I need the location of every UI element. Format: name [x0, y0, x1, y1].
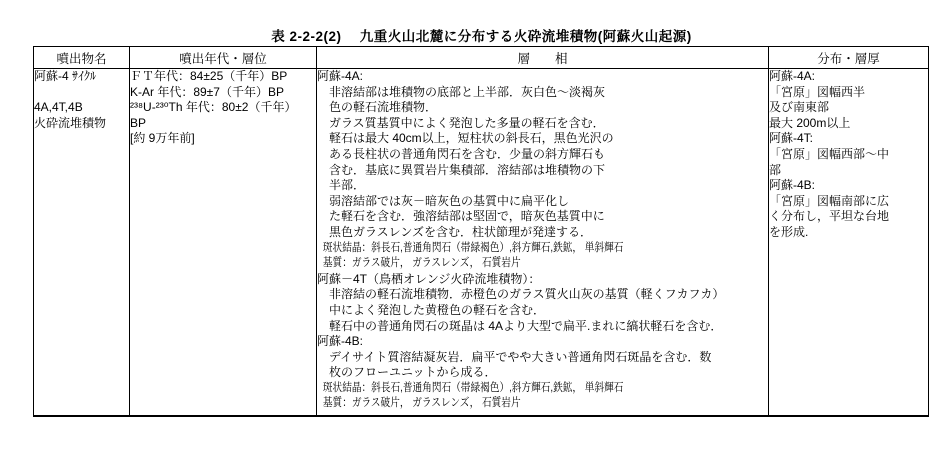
text-line: 非溶結部は堆積物の底部と上半部．灰白色〜淡褐灰 [317, 85, 768, 101]
text-line: ガラス質基質中によく発泡した多量の軽石を含む． [317, 116, 768, 132]
text-line: 阿蘇-4A: [769, 69, 928, 85]
text-line: 黒色ガラスレンズを含む．柱状節理が発達する． [317, 225, 768, 241]
text-line: 色の軽石流堆積物． [317, 100, 768, 116]
text-line: 「宮原」図幅西部〜中 [769, 147, 928, 163]
text-line: 及び南東部 [769, 100, 928, 116]
table-body: 阿蘇-4 ｻｲｸﾙ 4A,4T,4B火砕流堆積物 ＦＴ年代：84±25（千年）B… [34, 69, 929, 417]
cell-distribution-thickness: 阿蘇-4A:「宮原」図幅西半及び南東部最大 200m以上阿蘇-4T:「宮原」図幅… [769, 69, 929, 417]
document-page: 表 2-2-2(2) 九重火山北麓に分布する火砕流堆積物(阿蘇火山起源) 噴出物… [0, 0, 933, 465]
pyroclastic-deposit-table: 噴出物名 噴出年代・層位 層 相 分布・層厚 阿蘇-4 ｻｲｸﾙ 4A,4T,4… [33, 46, 929, 417]
col-header-eruption-age: 噴出年代・層位 [130, 47, 317, 69]
cell-facies: 阿蘇-4A:非溶結部は堆積物の底部と上半部．灰白色〜淡褐灰色の軽石流堆積物．ガラ… [317, 69, 769, 417]
text-line: た軽石を含む．強溶結部は堅固で，暗灰色基質中に [317, 209, 768, 225]
text-line: K-Ar 年代：89±7（千年）BP [130, 85, 316, 101]
text-line: 阿蘇-4A: [317, 69, 768, 85]
text-line: 最大 200m以上 [769, 116, 928, 132]
text-line: 中によく発泡した黄橙色の軽石を含む． [317, 303, 768, 319]
col-header-distribution-thickness: 分布・層厚 [769, 47, 929, 69]
text-line: 阿蘇－4T（鳥栖オレンジ火砕流堆積物）： [317, 272, 768, 288]
table-header-row: 噴出物名 噴出年代・層位 層 相 分布・層厚 [34, 47, 929, 69]
text-line: 軽石は最大 40cm以上，短柱状の斜長石，黒色光沢の [317, 131, 768, 147]
cell-eruption-age: ＦＴ年代：84±25（千年）BPK-Ar 年代：89±7（千年）BP²³⁸U-²… [130, 69, 317, 417]
text-line: 斑状結晶：斜長石,普通角閃石（帯緑褐色）,斜方輝石,鉄鉱， 単斜輝石 [317, 381, 696, 397]
col-header-facies: 層 相 [317, 47, 769, 69]
text-line: ある長柱状の普通角閃石を含む．少量の斜方輝石も [317, 147, 768, 163]
text-line: 阿蘇-4B: [317, 334, 768, 350]
text-line: 阿蘇-4T: [769, 131, 928, 147]
text-line: 阿蘇-4 ｻｲｸﾙ [34, 69, 129, 85]
text-line: 「宮原」図幅西半 [769, 85, 928, 101]
text-line: 半部． [317, 178, 768, 194]
text-line: BP [130, 116, 316, 132]
text-line: 阿蘇-4B: [769, 178, 928, 194]
text-line: 部 [769, 163, 928, 179]
text-line: く分布し，平坦な台地 [769, 209, 928, 225]
text-line: 「宮原」図幅南部に広 [769, 194, 928, 210]
document-title: 表 2-2-2(2) 九重火山北麓に分布する火砕流堆積物(阿蘇火山起源) [33, 25, 930, 45]
text-line: 含む．基底に異質岩片集積部．溶結部は堆積物の下 [317, 163, 768, 179]
col-header-material-name: 噴出物名 [34, 47, 130, 69]
text-line: 弱溶結部では灰－暗灰色の基質中に扁平化し [317, 194, 768, 210]
text-line: 枚のフローユニットから成る． [317, 365, 768, 381]
text-line: 4A,4T,4B [34, 100, 129, 116]
table-row: 阿蘇-4 ｻｲｸﾙ 4A,4T,4B火砕流堆積物 ＦＴ年代：84±25（千年）B… [34, 69, 929, 417]
text-line: デイサイト質溶結凝灰岩．扁平でやや大きい普通角閃石斑晶を含む．数 [317, 350, 768, 366]
text-line: 基質：ガラス破片， ガラスレンズ， 石質岩片 [317, 256, 696, 272]
text-line: 基質：ガラス破片， ガラスレンズ， 石質岩片 [317, 396, 696, 412]
text-line: 火砕流堆積物 [34, 116, 129, 132]
text-line: ＦＴ年代：84±25（千年）BP [130, 69, 316, 85]
text-line: を形成. [769, 225, 928, 241]
text-line [34, 85, 129, 101]
text-line: 非溶結の軽石流堆積物．赤橙色のガラス質火山灰の基質（軽くフカフカ） [317, 287, 768, 303]
text-line: 斑状結晶：斜長石,普通角閃石（帯緑褐色）,斜方輝石,鉄鉱， 単斜輝石 [317, 241, 696, 257]
text-line: ²³⁸U-²³⁰Th 年代：80±2（千年） [130, 100, 316, 116]
text-line: 軽石中の普通角閃石の斑晶は 4Aより大型で扁平.まれに縞状軽石を含む． [317, 319, 768, 335]
text-line: [約 9万年前] [130, 131, 316, 147]
cell-material-name: 阿蘇-4 ｻｲｸﾙ 4A,4T,4B火砕流堆積物 [34, 69, 130, 417]
